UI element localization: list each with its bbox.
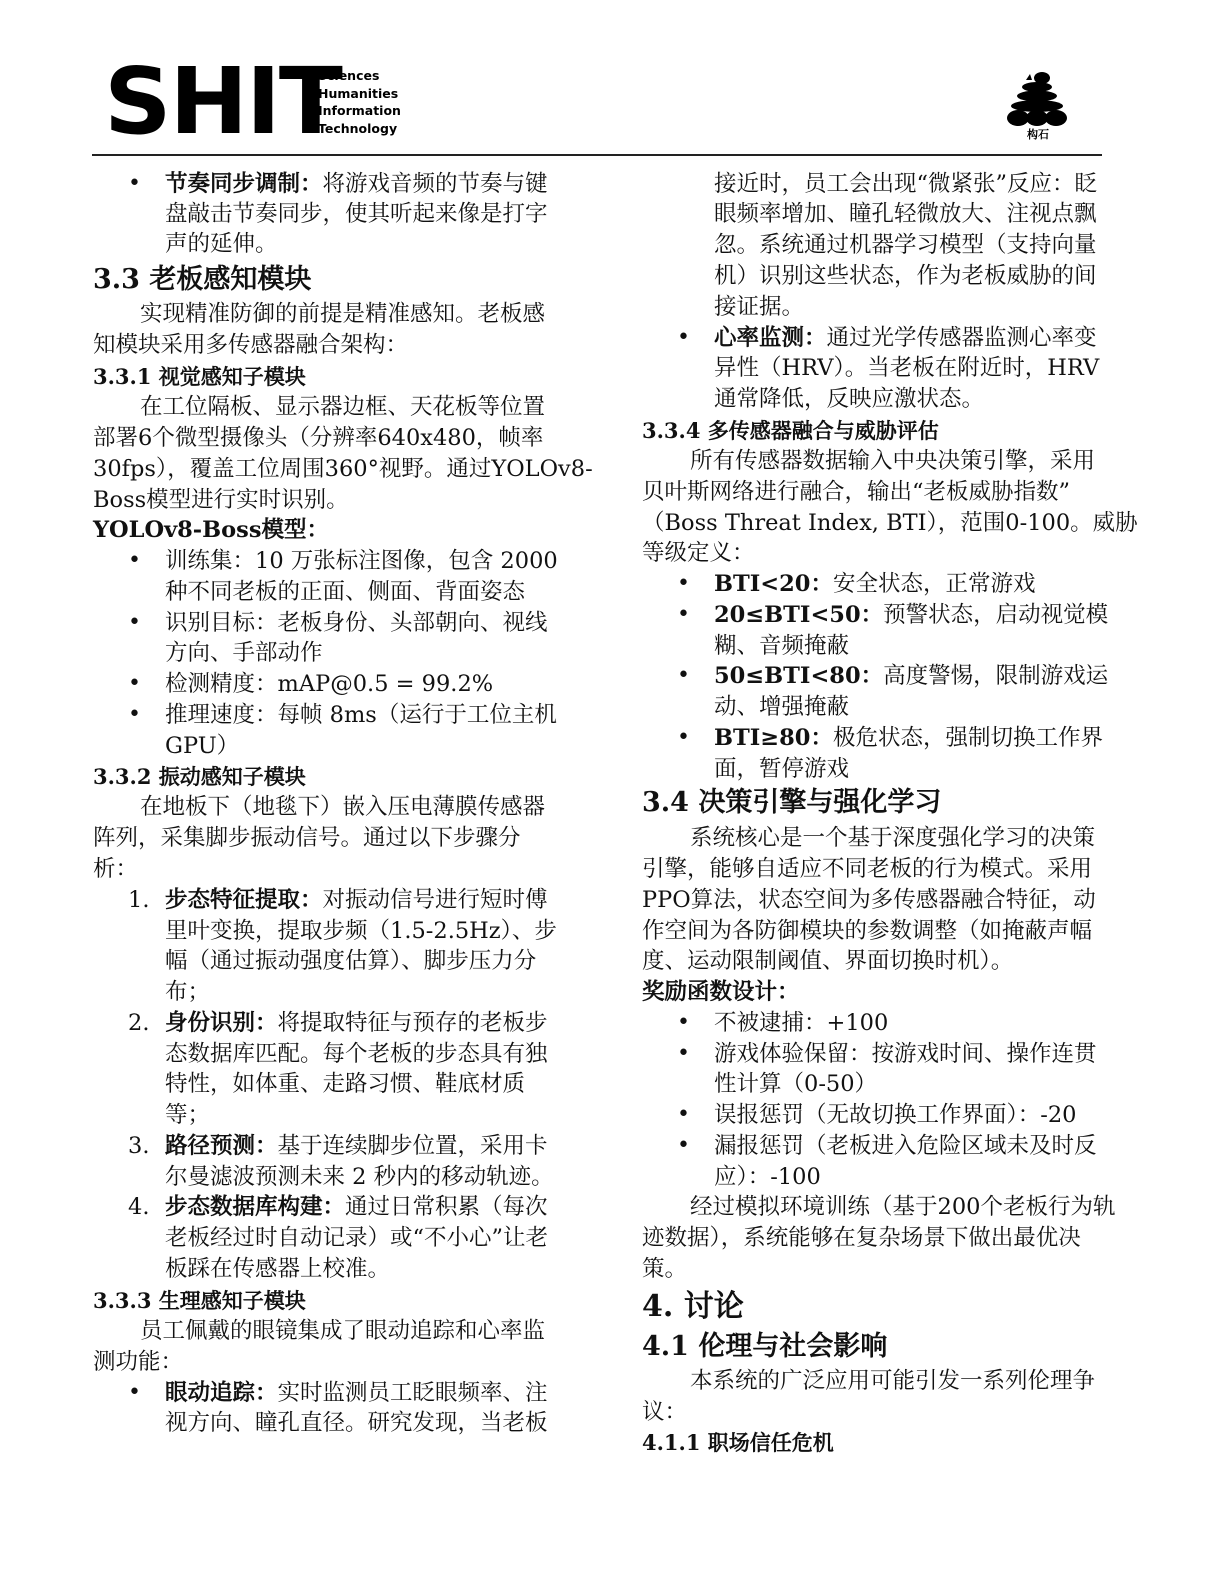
paragraph-line: 作空间为各防御模块的参数调整（如掩蔽声幅 bbox=[642, 916, 1092, 946]
list-item-text: 识别目标：老板身份、头部朝向、视线 bbox=[165, 608, 548, 638]
list-item-text: 极危状态，强制切换工作界 bbox=[833, 725, 1103, 751]
paragraph-line: 系统核心是一个基于深度强化学习的决策 bbox=[690, 823, 1095, 853]
list-item-text: 接证据。 bbox=[714, 292, 804, 322]
paragraph-line: 员工佩戴的眼镜集成了眼动追踪和心率监 bbox=[140, 1316, 545, 1346]
paragraph-line: 贝叶斯网络进行融合，输出“老板威胁指数” bbox=[642, 477, 1070, 507]
list-item-text: 幅（通过振动强度估算）、脚步压力分 bbox=[165, 946, 536, 976]
list-item-text: 推理速度：每帧 8ms（运行于工位主机 bbox=[165, 700, 557, 730]
paragraph-line: 等级定义： bbox=[642, 538, 755, 568]
section-heading-3-4: 3.4 决策引擎与强化学习 bbox=[642, 786, 941, 820]
step-number: 2. bbox=[128, 1008, 149, 1038]
paragraph-line: 本系统的广泛应用可能引发一系列伦理争 bbox=[690, 1366, 1095, 1396]
step-number: 3. bbox=[128, 1131, 149, 1161]
subsection-heading-3-3-2: 3.3.2 振动感知子模块 bbox=[93, 762, 306, 792]
list-item-text: 对振动信号进行短时傅 bbox=[323, 887, 548, 913]
list-item-text: 检测精度：mAP@0.5 = 99.2% bbox=[165, 669, 493, 699]
subsection-heading-3-3-3: 3.3.3 生理感知子模块 bbox=[93, 1286, 306, 1316]
list-item-text: 方向、手部动作 bbox=[165, 638, 323, 668]
paragraph-line: 阵列，采集脚步振动信号。通过以下步骤分 bbox=[93, 823, 521, 853]
paragraph-line: 议： bbox=[642, 1397, 687, 1427]
threat-level-item: 50≤BTI<80：高度警惕，限制游戏运 bbox=[714, 661, 1108, 691]
paragraph-line: PPO算法，状态空间为多传感器融合特征，动 bbox=[642, 885, 1096, 915]
list-item-term: 眼动追踪： bbox=[165, 1380, 278, 1406]
reward-heading: 奖励函数设计： bbox=[642, 977, 800, 1007]
list-item-text: 通过日常积累（每次 bbox=[345, 1194, 548, 1220]
paragraph-line: 引擎，能够自适应不同老板的行为模式。采用 bbox=[642, 854, 1092, 884]
paragraph-line: 实现精准防御的前提是精准感知。老板感 bbox=[140, 299, 545, 329]
journal-logo-wordmark: SHIT bbox=[104, 56, 341, 148]
threat-level-item: 20≤BTI<50：预警状态，启动视觉模 bbox=[714, 600, 1108, 630]
list-item-term: 路径预测： bbox=[165, 1133, 278, 1159]
paragraph-line: 迹数据），系统能够在复杂场景下做出最优决 bbox=[642, 1223, 1081, 1253]
list-item: 步态特征提取：对振动信号进行短时傅 bbox=[165, 885, 548, 915]
paragraph-line: 度、运动限制阈值、界面切换时机）。 bbox=[642, 946, 1013, 976]
list-item-text: 通过光学传感器监测心率变 bbox=[827, 325, 1097, 351]
list-item: 心率监测：通过光学传感器监测心率变 bbox=[714, 323, 1097, 353]
list-item-text: 安全状态，正常游戏 bbox=[833, 571, 1036, 597]
list-item-text: 预警状态，启动视觉模 bbox=[883, 602, 1108, 628]
subsection-heading-3-3-4: 3.3.4 多传感器融合与威胁评估 bbox=[642, 416, 939, 446]
list-item-text: 眼频率增加、瞳孔轻微放大、注视点飘 bbox=[714, 199, 1097, 229]
bullet-dot: • bbox=[677, 1131, 690, 1161]
bullet-dot: • bbox=[677, 569, 690, 599]
bullet-dot: • bbox=[677, 1008, 690, 1038]
reward-item: 误报惩罚（无故切换工作界面）：-20 bbox=[714, 1100, 1076, 1130]
model-heading: YOLOv8-Boss模型： bbox=[93, 515, 329, 545]
reward-item: 应）：-100 bbox=[714, 1162, 821, 1192]
paragraph-line: 30fps），覆盖工位周围360°视野。通过YOLOv8- bbox=[93, 454, 593, 484]
list-item-text: 将游戏音频的节奏与键 bbox=[323, 171, 548, 197]
threat-level-term: BTI<20： bbox=[714, 571, 833, 597]
bullet-dot: • bbox=[677, 1100, 690, 1130]
crest-label: 构石 bbox=[1016, 126, 1060, 142]
list-item-text: 机）识别这些状态，作为老板威胁的间 bbox=[714, 261, 1097, 291]
reward-item: 游戏体验保留：按游戏时间、操作连贯 bbox=[714, 1039, 1097, 1069]
subsection-heading-4-1-1: 4.1.1 职场信任危机 bbox=[642, 1428, 834, 1458]
list-item: 步态数据库构建：通过日常积累（每次 bbox=[165, 1192, 548, 1222]
list-item: 路径预测：基于连续脚步位置，采用卡 bbox=[165, 1131, 548, 1161]
step-number: 1. bbox=[128, 885, 149, 915]
paragraph-line: （Boss Threat Index, BTI），范围0-100。威胁 bbox=[642, 508, 1138, 538]
list-item-text: 将提取特征与预存的老板步 bbox=[278, 1010, 548, 1036]
list-item-text: 种不同老板的正面、侧面、背面姿态 bbox=[165, 577, 525, 607]
logo-sub-line: Sciences bbox=[318, 67, 401, 85]
bullet-dot: • bbox=[677, 1039, 690, 1069]
threat-level-term: 20≤BTI<50： bbox=[714, 602, 883, 628]
bullet-dot: • bbox=[128, 669, 141, 699]
paragraph-line: Boss模型进行实时识别。 bbox=[93, 485, 349, 515]
list-item-text: 糊、音频掩蔽 bbox=[714, 631, 849, 661]
bullet-dot: • bbox=[128, 546, 141, 576]
list-item-text: 尔曼滤波预测未来 2 秒内的移动轨迹。 bbox=[165, 1162, 554, 1192]
journal-logo-subtitle: Sciences Humanities Information Technolo… bbox=[318, 67, 401, 137]
paragraph-line: 策。 bbox=[642, 1254, 687, 1284]
list-item-text: 实时监测员工眨眼频率、注 bbox=[278, 1380, 548, 1406]
list-item-text: 动、增强掩蔽 bbox=[714, 692, 849, 722]
list-item-text: GPU） bbox=[165, 731, 239, 761]
bullet-dot: • bbox=[128, 608, 141, 638]
bullet-dot: • bbox=[677, 661, 690, 691]
paragraph-line: 测功能： bbox=[93, 1347, 183, 1377]
list-item-text: 基于连续脚步位置，采用卡 bbox=[278, 1133, 548, 1159]
bullet-dot: • bbox=[128, 700, 141, 730]
list-item-text: 面，暂停游戏 bbox=[714, 754, 849, 784]
list-item-text: 训练集：10 万张标注图像，包含 2000 bbox=[165, 546, 558, 576]
paragraph-line: 知模块采用多传感器融合架构： bbox=[93, 330, 408, 360]
threat-level-term: 50≤BTI<80： bbox=[714, 663, 883, 689]
list-item-term: 步态特征提取： bbox=[165, 887, 323, 913]
paragraph-line: 部署6个微型摄像头（分辨率640x480，帧率 bbox=[93, 423, 543, 453]
reward-item: 漏报惩罚（老板进入危险区域未及时反 bbox=[714, 1131, 1097, 1161]
bullet-dot: • bbox=[677, 323, 690, 353]
bullet-dot: • bbox=[128, 1378, 141, 1408]
list-item-text: 视方向、瞳孔直径。研究发现，当老板 bbox=[165, 1408, 548, 1438]
list-item-text: 高度警惕，限制游戏运 bbox=[883, 663, 1108, 689]
list-item-term: 心率监测： bbox=[714, 325, 827, 351]
bullet-dot: • bbox=[677, 723, 690, 753]
list-item: 身份识别：将提取特征与预存的老板步 bbox=[165, 1008, 548, 1038]
list-item-text: 板踩在传感器上校准。 bbox=[165, 1254, 390, 1284]
subsection-heading-3-3-1: 3.3.1 视觉感知子模块 bbox=[93, 362, 306, 392]
list-item-text: 态数据库匹配。每个老板的步态具有独 bbox=[165, 1039, 548, 1069]
bullet-dot: • bbox=[677, 600, 690, 630]
bullet-dot: • bbox=[128, 169, 141, 199]
section-heading-3-3: 3.3 老板感知模块 bbox=[93, 263, 311, 297]
list-item: 眼动追踪：实时监测员工眨眼频率、注 bbox=[165, 1378, 548, 1408]
list-item-text: 通常降低，反映应激状态。 bbox=[714, 384, 984, 414]
reward-item: 性计算（0-50） bbox=[714, 1069, 877, 1099]
list-item-text: 盘敲击节奏同步，使其听起来像是打字 bbox=[165, 199, 548, 229]
section-heading-4: 4. 讨论 bbox=[642, 1288, 744, 1326]
step-number: 4. bbox=[128, 1192, 149, 1222]
paper-page: SHIT Sciences Humanities Information Tec… bbox=[0, 0, 1224, 1584]
list-item-text: 里叶变换，提取步频（1.5-2.5Hz）、步 bbox=[165, 916, 557, 946]
list-item-text: 忽。系统通过机器学习模型（支持向量 bbox=[714, 230, 1097, 260]
threat-level-item: BTI≥80：极危状态，强制切换工作界 bbox=[714, 723, 1103, 753]
list-item-term: 身份识别： bbox=[165, 1010, 278, 1036]
list-item-text: 异性（HRV）。当老板在附近时，HRV bbox=[714, 353, 1099, 383]
list-item-text: 声的延伸。 bbox=[165, 229, 278, 259]
list-item-text: 接近时，员工会出现“微紧张”反应：眨 bbox=[714, 169, 1097, 199]
logo-sub-line: Humanities bbox=[318, 85, 401, 103]
list-item-text: 老板经过时自动记录）或“不小心”让老 bbox=[165, 1223, 548, 1253]
list-item-text: 等； bbox=[165, 1100, 210, 1130]
reward-item: 不被逮捕：+100 bbox=[714, 1008, 888, 1038]
list-item-term: 节奏同步调制： bbox=[165, 171, 323, 197]
threat-level-item: BTI<20：安全状态，正常游戏 bbox=[714, 569, 1035, 599]
paragraph-line: 在地板下（地毯下）嵌入压电薄膜传感器 bbox=[140, 792, 545, 822]
threat-level-term: BTI≥80： bbox=[714, 725, 833, 751]
logo-sub-line: Information bbox=[318, 102, 401, 120]
logo-sub-line: Technology bbox=[318, 120, 401, 138]
paragraph-line: 析： bbox=[93, 854, 138, 884]
list-item-text: 特性，如体重、走路习惯、鞋底材质 bbox=[165, 1069, 525, 1099]
section-heading-4-1: 4.1 伦理与社会影响 bbox=[642, 1330, 887, 1364]
paragraph-line: 经过模拟环境训练（基于200个老板行为轨 bbox=[690, 1192, 1115, 1222]
header-divider bbox=[92, 154, 1102, 156]
list-item: 节奏同步调制：将游戏音频的节奏与键 bbox=[165, 169, 548, 199]
list-item-term: 步态数据库构建： bbox=[165, 1194, 345, 1220]
list-item-text: 布； bbox=[165, 977, 210, 1007]
paragraph-line: 所有传感器数据输入中央决策引擎，采用 bbox=[690, 446, 1095, 476]
paragraph-line: 在工位隔板、显示器边框、天花板等位置 bbox=[140, 392, 545, 422]
